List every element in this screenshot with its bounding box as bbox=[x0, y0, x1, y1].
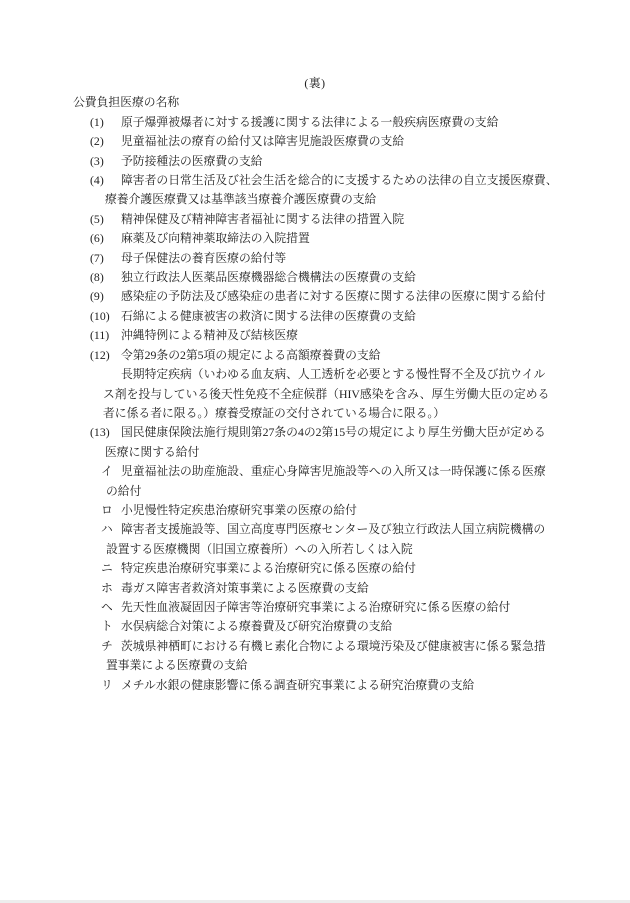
sub-list-item: ニ特定疾患治療研究事業による治療研究に係る医療の給付 bbox=[0, 559, 630, 578]
sub-item-text: 特定疾患治療研究事業による治療研究に係る医療の給付 bbox=[121, 561, 416, 575]
list-item: (13)国民健康保険法施行規則第27条の4の2第15号の規定により厚生労働大臣が… bbox=[0, 423, 630, 462]
document-page: (裏) 公費負担医療の名称 (1)原子爆弾被爆者に対する援護に関する法律による一… bbox=[0, 0, 630, 903]
item-text: 障害者の日常生活及び社会生活を総合的に支援するための法律の自立支援医療費、 療養… bbox=[105, 173, 558, 206]
list-item: (11)沖縄特例による精神及び結核医療 bbox=[0, 326, 630, 345]
list-item: (12)令第29条の2第5項の規定による高額療養費の支給 bbox=[0, 346, 630, 365]
sub-item-text: 茨城県神栖町における有機ヒ素化合物による環境汚染及び健康被害に係る緊急措 置事業… bbox=[106, 639, 546, 672]
item-text: 精神保健及び精神障害者福祉に関する法律の措置入院 bbox=[121, 212, 404, 226]
item-number: (3) bbox=[90, 152, 121, 171]
sub-item-text: メチル水銀の健康影響に係る調査研究事業による研究治療費の支給 bbox=[121, 678, 474, 692]
list-item: (7)母子保健法の養育医療の給付等 bbox=[0, 249, 630, 268]
item-number: (12) bbox=[90, 346, 121, 365]
sub-list-item: ト水俣病総合対策による療養費及び研究治療費の支給 bbox=[0, 617, 630, 636]
sub-item-text: 小児慢性特定疾患治療研究事業の医療の給付 bbox=[121, 503, 357, 517]
sub-list-item: リメチル水銀の健康影響に係る調査研究事業による研究治療費の支給 bbox=[0, 676, 630, 695]
sub-list-item: チ茨城県神栖町における有機ヒ素化合物による環境汚染及び健康被害に係る緊急措 置事… bbox=[0, 637, 630, 676]
item-note: 長期特定疾病（いわゆる血友病、人工透析を必要とする慢性腎不全及び抗ウイル ス剤を… bbox=[0, 365, 630, 423]
item-number: (2) bbox=[90, 132, 121, 151]
item-text: 予防接種法の医療費の支給 bbox=[121, 154, 263, 168]
kana-marker: ヘ bbox=[101, 598, 121, 617]
list-item: (9)感染症の予防法及び感染症の患者に対する医療に関する法律の医療に関する給付 bbox=[0, 287, 630, 306]
item-text: 独立行政法人医薬品医療機器総合機構法の医療費の支給 bbox=[121, 270, 416, 284]
kana-marker: ハ bbox=[101, 520, 121, 539]
kana-marker: チ bbox=[101, 637, 121, 656]
sub-item-text: 先天性血液凝固因子障害等治療研究事業による治療研究に係る医療の給付 bbox=[121, 600, 510, 614]
sub-item-text: 児童福祉法の助産施設、重症心身障害児施設等への入所又は一時保護に係る医療 の給付 bbox=[106, 464, 546, 497]
kana-marker: ロ bbox=[101, 501, 121, 520]
list-item: (6)麻薬及び向精神薬取締法の入院措置 bbox=[0, 229, 630, 248]
list-item: (3)予防接種法の医療費の支給 bbox=[0, 152, 630, 171]
item-number: (11) bbox=[90, 326, 121, 345]
kana-marker: ニ bbox=[101, 559, 121, 578]
kana-marker: ホ bbox=[101, 579, 121, 598]
sub-list-item: ヘ先天性血液凝固因子障害等治療研究事業による治療研究に係る医療の給付 bbox=[0, 598, 630, 617]
item-number: (10) bbox=[90, 307, 121, 326]
sub-list-item: ロ小児慢性特定疾患治療研究事業の医療の給付 bbox=[0, 501, 630, 520]
kana-marker: イ bbox=[101, 462, 121, 481]
item-number: (9) bbox=[90, 287, 121, 306]
sub-item-text: 水俣病総合対策による療養費及び研究治療費の支給 bbox=[121, 619, 392, 633]
item-text: 国民健康保険法施行規則第27条の4の2第15号の規定により厚生労働大臣が定める … bbox=[105, 425, 546, 458]
item-list: (1)原子爆弾被爆者に対する援護に関する法律による一般疾病医療費の支給(2)児童… bbox=[0, 113, 630, 695]
sub-item-text: 障害者支援施設等、国立高度専門医療センター及び独立行政法人国立病院機構の 設置す… bbox=[106, 522, 545, 555]
item-number: (5) bbox=[90, 210, 121, 229]
list-item: (5)精神保健及び精神障害者福祉に関する法律の措置入院 bbox=[0, 210, 630, 229]
item-text: 麻薬及び向精神薬取締法の入院措置 bbox=[121, 231, 310, 245]
sub-list-item: ホ毒ガス障害者救済対策事業による医療費の支給 bbox=[0, 579, 630, 598]
item-text: 感染症の予防法及び感染症の患者に対する医療に関する法律の医療に関する給付 bbox=[121, 289, 546, 303]
item-number: (8) bbox=[90, 268, 121, 287]
item-text: 令第29条の2第5項の規定による高額療養費の支給 bbox=[121, 348, 381, 362]
list-item: (4)障害者の日常生活及び社会生活を総合的に支援するための法律の自立支援医療費、… bbox=[0, 171, 630, 210]
sub-item-text: 毒ガス障害者救済対策事業による医療費の支給 bbox=[121, 581, 369, 595]
sub-list-item: イ児童福祉法の助産施設、重症心身障害児施設等への入所又は一時保護に係る医療 の給… bbox=[0, 462, 630, 501]
item-text: 母子保健法の養育医療の給付等 bbox=[121, 251, 286, 265]
item-text: 石綿による健康被害の救済に関する法律の医療費の支給 bbox=[121, 309, 416, 323]
kana-marker: リ bbox=[101, 676, 121, 695]
page-side-label: (裏) bbox=[0, 0, 630, 93]
list-item: (8)独立行政法人医薬品医療機器総合機構法の医療費の支給 bbox=[0, 268, 630, 287]
item-number: (4) bbox=[90, 171, 121, 190]
item-text: 児童福祉法の療育の給付又は障害児施設医療費の支給 bbox=[121, 134, 404, 148]
item-number: (13) bbox=[90, 423, 121, 442]
item-text: 沖縄特例による精神及び結核医療 bbox=[121, 328, 298, 342]
list-item: (1)原子爆弾被爆者に対する援護に関する法律による一般疾病医療費の支給 bbox=[0, 113, 630, 132]
list-item: (10)石綿による健康被害の救済に関する法律の医療費の支給 bbox=[0, 307, 630, 326]
kana-marker: ト bbox=[101, 617, 121, 636]
item-number: (1) bbox=[90, 113, 121, 132]
sub-list-item: ハ障害者支援施設等、国立高度専門医療センター及び独立行政法人国立病院機構の 設置… bbox=[0, 520, 630, 559]
item-number: (6) bbox=[90, 229, 121, 248]
document-title: 公費負担医療の名称 bbox=[73, 93, 630, 112]
list-item: (2)児童福祉法の療育の給付又は障害児施設医療費の支給 bbox=[0, 132, 630, 151]
item-text: 原子爆弾被爆者に対する援護に関する法律による一般疾病医療費の支給 bbox=[121, 115, 499, 129]
item-number: (7) bbox=[90, 249, 121, 268]
